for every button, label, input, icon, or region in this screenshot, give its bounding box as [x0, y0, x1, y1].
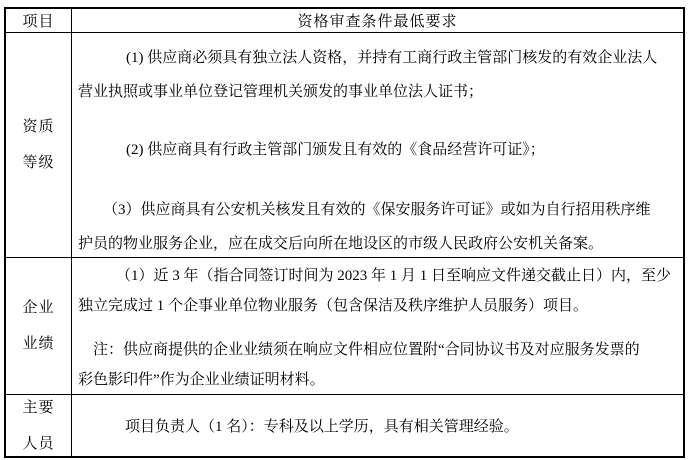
requirement-line: 项目负责人（1 名）：专科及以上学历，具有相关管理经验。 — [78, 415, 519, 436]
label-line: 资质 — [22, 109, 54, 145]
label-line: 等级 — [22, 145, 54, 181]
requirement-line: (1) 供应商必须具有独立法人资格，并持有工商行政主管部门核发的有效企业法人 — [78, 41, 677, 75]
header-requirements-label: 资格审查条件最低要求 — [297, 10, 457, 31]
requirement-paragraph-3: （3）供应商具有公安机关核发且有效的《保安服务许可证》或如为自行招用秩序维 护员… — [78, 193, 677, 258]
cell-key-personnel-requirements: 项目负责人（1 名）：专科及以上学历，具有相关管理经验。 — [72, 395, 683, 456]
requirement-paragraph-1: (1) 供应商必须具有独立法人资格，并持有工商行政主管部门核发的有效企业法人 营… — [78, 41, 677, 109]
performance-paragraph: （1）近 3 年（指合同签订时间为 2023 年 1 月 1 日至响应文件递交截… — [78, 261, 677, 321]
document-page: 项目 资格审查条件最低要求 资质 等级 (1) 供应商必须具有独立法人资格，并持… — [0, 0, 691, 460]
row-label-enterprise-performance: 企业 业绩 — [6, 258, 72, 395]
header-cell-requirements: 资格审查条件最低要求 — [72, 9, 683, 33]
requirement-line: （1）近 3 年（指合同签订时间为 2023 年 1 月 1 日至响应文件递交截… — [78, 261, 677, 291]
label-line: 人员 — [22, 426, 54, 457]
cell-qualification-level-requirements: (1) 供应商必须具有独立法人资格，并持有工商行政主管部门核发的有效企业法人 营… — [72, 33, 683, 258]
requirement-paragraph-2: (2) 供应商具有行政主管部门颁发且有效的《食品经营许可证》； — [78, 133, 677, 167]
requirement-line: 注：供应商提供的企业业绩须在响应文件相应位置附“合同协议书及对应服务发票的 — [78, 335, 677, 365]
cell-enterprise-performance-requirements: （1）近 3 年（指合同签订时间为 2023 年 1 月 1 日至响应文件递交截… — [72, 258, 683, 395]
requirement-line: （3）供应商具有公安机关核发且有效的《保安服务许可证》或如为自行招用秩序维 — [78, 193, 677, 227]
requirement-line: 彩色影印件”作为企业业绩证明材料。 — [78, 365, 677, 395]
row-label-qualification-level: 资质 等级 — [6, 33, 72, 258]
label-line: 业绩 — [22, 326, 54, 362]
requirement-line: 护员的物业服务企业，应在成交后向所在地设区的市级人民政府公安机关备案。 — [78, 227, 677, 258]
qualification-requirements-table: 项目 资格审查条件最低要求 资质 等级 (1) 供应商必须具有独立法人资格，并持… — [4, 7, 685, 458]
label-line: 企业 — [22, 290, 54, 326]
header-project-label: 项目 — [22, 10, 54, 31]
header-cell-project: 项目 — [6, 9, 72, 33]
label-line: 主要 — [22, 395, 54, 426]
requirement-line: (2) 供应商具有行政主管部门颁发且有效的《食品经营许可证》； — [78, 133, 677, 167]
requirement-line: 独立完成过 1 个企事业单位物业服务（包含保洁及秩序维护人员服务）项目。 — [78, 291, 677, 321]
performance-note-paragraph: 注：供应商提供的企业业绩须在响应文件相应位置附“合同协议书及对应服务发票的 彩色… — [78, 335, 677, 395]
requirement-line: 营业执照或事业单位登记管理机关颁发的事业单位法人证书； — [78, 75, 677, 109]
row-label-key-personnel: 主要 人员 — [6, 395, 72, 456]
